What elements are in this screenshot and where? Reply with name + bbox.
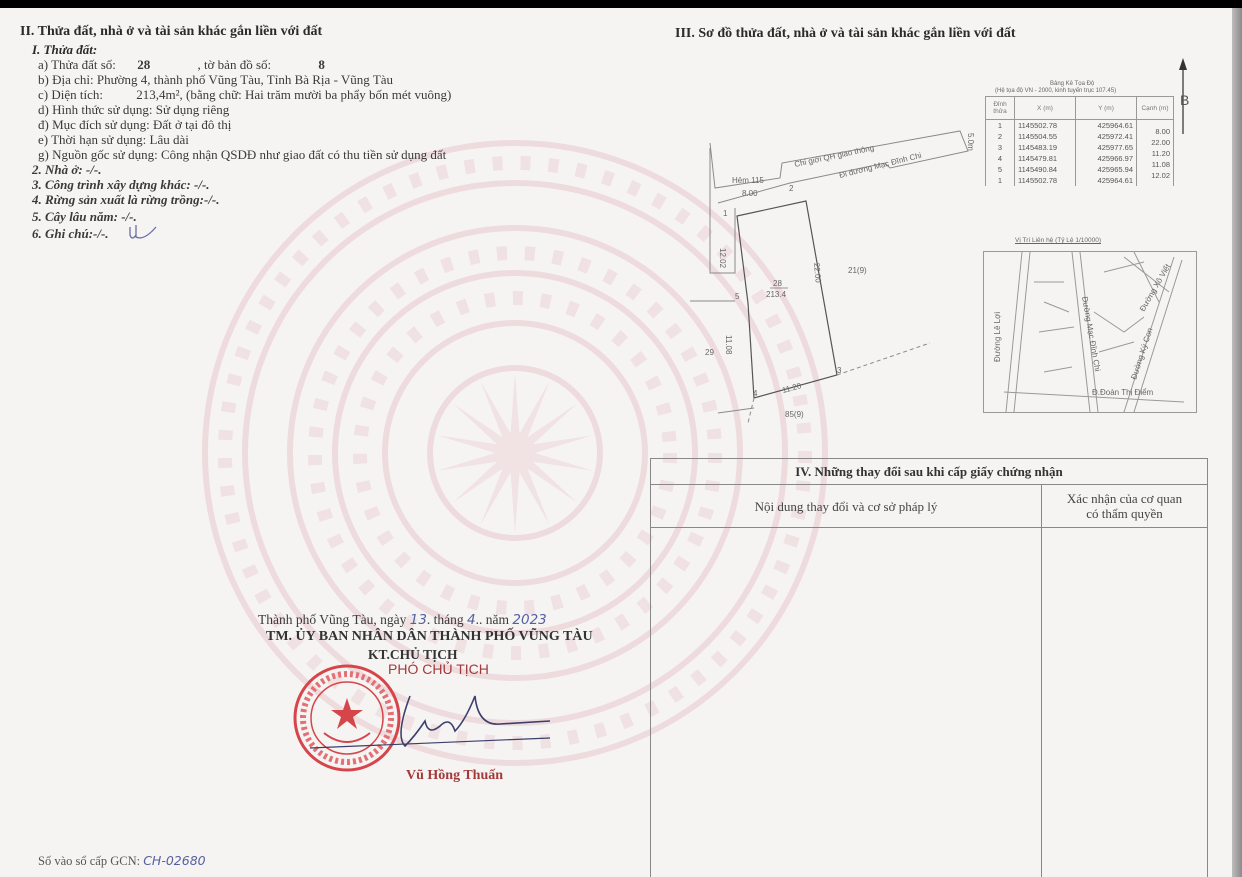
usage-purpose-row: đ) Mục đích sử dụng: Đất ở tại đô thị — [38, 117, 231, 133]
coord-cell-y: 425966.97 — [1076, 153, 1137, 164]
coord-header-x: X (m) — [1015, 97, 1076, 120]
edge-4-5-label: 11.08 — [724, 335, 733, 355]
area-value: 213,4m², (bằng chữ: Hai trăm mười ba phẩ… — [136, 87, 451, 102]
certificate-page: II. Thửa đất, nhà ở và tài sản khác gắn … — [0, 8, 1232, 877]
parcel-area-label: 213.4 — [766, 290, 787, 299]
coord-table-subtitle: (Hệ tọa độ VN - 2000, kinh tuyến trục 10… — [995, 88, 1116, 94]
coord-table-title: Bảng Kê Tọa Độ — [1050, 81, 1094, 87]
place-date-prefix: Thành phố Vũng Tàu, ngày — [258, 612, 406, 627]
coord-cell-y: 425964.61 — [1076, 175, 1137, 186]
coord-cell-y: 425965.94 — [1076, 164, 1137, 175]
section2-sub-parcel: I. Thửa đất: — [32, 42, 97, 58]
forest-row: 4. Rừng sản xuất là rừng trồng:-/-. — [32, 192, 220, 208]
location-map: Đường Lê Lợi Đường Mạc Đĩnh Chi Đường Xô… — [983, 251, 1197, 413]
date-month: 4 — [467, 612, 476, 628]
address-row: b) Địa chỉ: Phường 4, thành phố Vũng Tàu… — [38, 72, 393, 88]
alley-label: Hẻm 115 — [732, 176, 764, 185]
map-sheet-label: , tờ bản đồ số: — [197, 57, 271, 72]
coord-cell-x: 1145490.84 — [1015, 164, 1076, 175]
parcel-number: 28 — [137, 57, 150, 72]
month-label: tháng — [434, 612, 464, 627]
parcel-diagram: Chỉ giới QH giao thông Đi đương Mạc Đĩnh… — [690, 123, 990, 423]
initial-mark — [126, 221, 166, 243]
vertex-2: 2 — [789, 184, 794, 193]
coord-cell-edge: 22.00 — [1137, 137, 1174, 148]
other-construction-row: 3. Công trình xây dựng khác: -/-. — [32, 177, 210, 193]
registry-label: Số vào sổ cấp GCN: — [38, 854, 140, 868]
coord-cell-x: 1145504.55 — [1015, 131, 1076, 142]
usage-term-row: e) Thời hạn sử dụng: Lâu dài — [38, 132, 189, 148]
coord-cell-x: 1145502.78 — [1015, 175, 1076, 186]
street-ky-con: Đường Ký Con — [1129, 327, 1154, 381]
area-row: c) Diện tích: 213,4m², (bằng chữ: Hai tr… — [38, 87, 451, 103]
section3-heading: III. Sơ đồ thửa đất, nhà ở và tài sản kh… — [675, 26, 1016, 42]
road-width-label: 5.0m — [966, 133, 975, 151]
section4-heading: IV. Những thay đổi sau khi cấp giấy chứn… — [651, 459, 1207, 485]
vertex-4: 4 — [753, 389, 758, 398]
north-label: B — [1180, 92, 1189, 108]
coord-cell-edge: 11.08 — [1137, 159, 1174, 170]
edge-2-3-label: 22.00 — [812, 262, 823, 283]
year-label: năm — [486, 612, 509, 627]
section2-heading: II. Thửa đất, nhà ở và tài sản khác gắn … — [20, 24, 322, 40]
registry-number-row: Số vào sổ cấp GCN: CH-02680 — [38, 853, 206, 869]
neighbor-29: 29 — [705, 348, 714, 357]
coord-cell-y: 425977.65 — [1076, 142, 1137, 153]
perennial-row: 5. Cây lâu năm: -/-. — [32, 209, 137, 225]
edge-3-4-label: 11.20 — [781, 381, 803, 395]
coord-cell-edge: 11.20 — [1137, 148, 1174, 159]
street-le-loi: Đường Lê Lợi — [993, 312, 1002, 362]
signature-mark — [300, 676, 560, 756]
changes-col-content: Nội dung thay đổi và cơ sở pháp lý — [651, 485, 1042, 527]
changes-col-confirmation: Xác nhận của cơ quan có thẩm quyền — [1042, 485, 1207, 527]
map-sheet-number: 8 — [318, 57, 325, 72]
coord-cell-x: 1145502.78 — [1015, 120, 1076, 132]
coord-table: Đỉnh thửa X (m) Y (m) Cạnh (m) 11145502.… — [985, 96, 1174, 186]
vertex-3: 3 — [837, 366, 842, 375]
coord-cell-edge: 12.02 — [1137, 170, 1174, 181]
coord-header-edge: Cạnh (m) — [1137, 97, 1174, 120]
parcel-number-label: a) Thửa đất số: — [38, 57, 116, 72]
neighbor-21: 21(9) — [848, 266, 867, 275]
location-map-title: Vị Trí Liên hệ (Tỷ Lệ 1/10000) — [1015, 237, 1101, 244]
neighbor-85: 85(9) — [785, 410, 804, 419]
page-edge — [1232, 8, 1242, 877]
edge-1-2-label: 8.00 — [742, 189, 758, 198]
edge-5-1-label: 12.02 — [718, 248, 727, 269]
coord-row: 11145502.78425964.618.00 — [986, 120, 1174, 132]
vertex-1: 1 — [723, 209, 728, 218]
coord-cell-x: 1145483.19 — [1015, 142, 1076, 153]
area-label: c) Diện tích: — [38, 87, 103, 102]
parcel-number-row: a) Thửa đất số: 28 , tờ bản đồ số: 8 — [38, 57, 325, 73]
street-doan-thi-diem: Đ.Đoàn Thị Điểm — [1092, 388, 1154, 397]
parcel-number-label: 28 — [773, 279, 782, 288]
signer-name: Vũ Hồng Thuấn — [406, 768, 503, 784]
registry-number: CH-02680 — [143, 853, 205, 868]
coord-cell-edge: 8.00 — [1137, 126, 1174, 138]
street-mac-dinh-chi: Đường Mạc Đĩnh Chi — [1080, 296, 1102, 373]
vertex-5: 5 — [735, 292, 740, 301]
changes-content-cell — [651, 528, 1042, 877]
usage-form-row: d) Hình thức sử dụng: Sử dụng riêng — [38, 102, 229, 118]
note-row: 6. Ghi chú:-/-. — [32, 226, 109, 242]
house-row: 2. Nhà ở: -/-. — [32, 162, 101, 178]
usage-origin-row: g) Nguồn gốc sử dụng: Công nhận QSDĐ như… — [38, 147, 446, 163]
coord-header-y: Y (m) — [1076, 97, 1137, 120]
place-date: Thành phố Vũng Tàu, ngày 13. tháng 4.. n… — [258, 612, 547, 628]
coord-header-vertex: Đỉnh thửa — [986, 97, 1015, 120]
coord-cell-y: 425972.41 — [1076, 131, 1137, 142]
signer-role-stamp: PHÓ CHỦ TỊCH — [388, 661, 489, 677]
coord-cell-x: 1145479.81 — [1015, 153, 1076, 164]
date-year: 2023 — [512, 612, 546, 628]
date-day: 13 — [410, 612, 427, 628]
coord-cell-y: 425964.61 — [1076, 120, 1137, 132]
changes-table: IV. Những thay đổi sau khi cấp giấy chứn… — [650, 458, 1208, 877]
issuing-org: TM. ỦY BAN NHÂN DÂN THÀNH PHỐ VŨNG TÀU — [266, 629, 593, 645]
